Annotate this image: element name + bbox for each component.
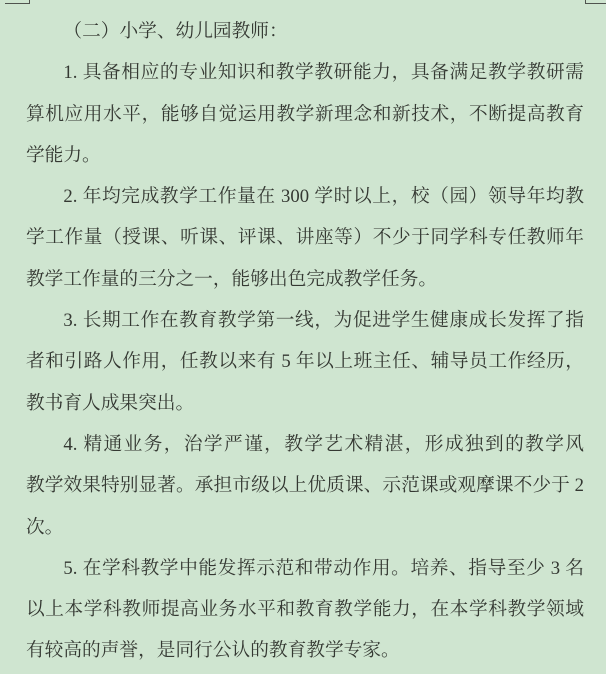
paragraph-line: 者和引路人作用，任教以来有 5 年以上班主任、辅导员工作经历， [26, 341, 584, 382]
paragraph-line: 算机应用水平，能够自觉运用教学新理念和新技术，不断提高教育教 [26, 94, 584, 135]
paragraph-line: 教学工作量的三分之一，能够出色完成教学任务。 [26, 259, 584, 300]
paragraph-line: 以上本学科教师提高业务水平和教育教学能力，在本学科教学领域享 [26, 589, 584, 630]
paragraph-line: 3. 长期工作在教育教学第一线，为促进学生健康成长发挥了指导 [26, 300, 584, 341]
paragraph-list: 1. 具备相应的专业知识和教学教研能力，具备满足教学教研需要算机应用水平，能够自… [26, 52, 584, 671]
page-corner-mark-top-left [5, 0, 30, 4]
paragraph-line: 5. 在学科教学中能发挥示范和带动作用。培养、指导至少 3 名 [26, 548, 584, 589]
paragraph-line: 次。 [26, 507, 584, 548]
paragraph-line: 学工作量（授课、听课、评课、讲座等）不少于同学科专任教师年均 [26, 217, 584, 258]
document-page: （二）小学、幼儿园教师： 1. 具备相应的专业知识和教学教研能力，具备满足教学教… [0, 0, 606, 674]
paragraph-line: 教书育人成果突出。 [26, 383, 584, 424]
document-content: （二）小学、幼儿园教师： 1. 具备相应的专业知识和教学教研能力，具备满足教学教… [26, 11, 584, 672]
section-heading: （二）小学、幼儿园教师： [26, 11, 584, 52]
paragraph-line: 4. 精通业务，治学严谨，教学艺术精湛，形成独到的教学风格， [26, 424, 584, 465]
paragraph-line: 教学效果特别显著。承担市级以上优质课、示范课或观摩课不少于 2 [26, 465, 584, 506]
paragraph-line: 1. 具备相应的专业知识和教学教研能力，具备满足教学教研需要 [26, 52, 584, 93]
paragraph-line: 2. 年均完成教学工作量在 300 学时以上，校（园）领导年均教 [26, 176, 584, 217]
paragraph-line: 有较高的声誉，是同行公认的教育教学专家。 [26, 630, 584, 671]
page-corner-mark-top-right [585, 0, 606, 4]
paragraph-line: 学能力。 [26, 135, 584, 176]
